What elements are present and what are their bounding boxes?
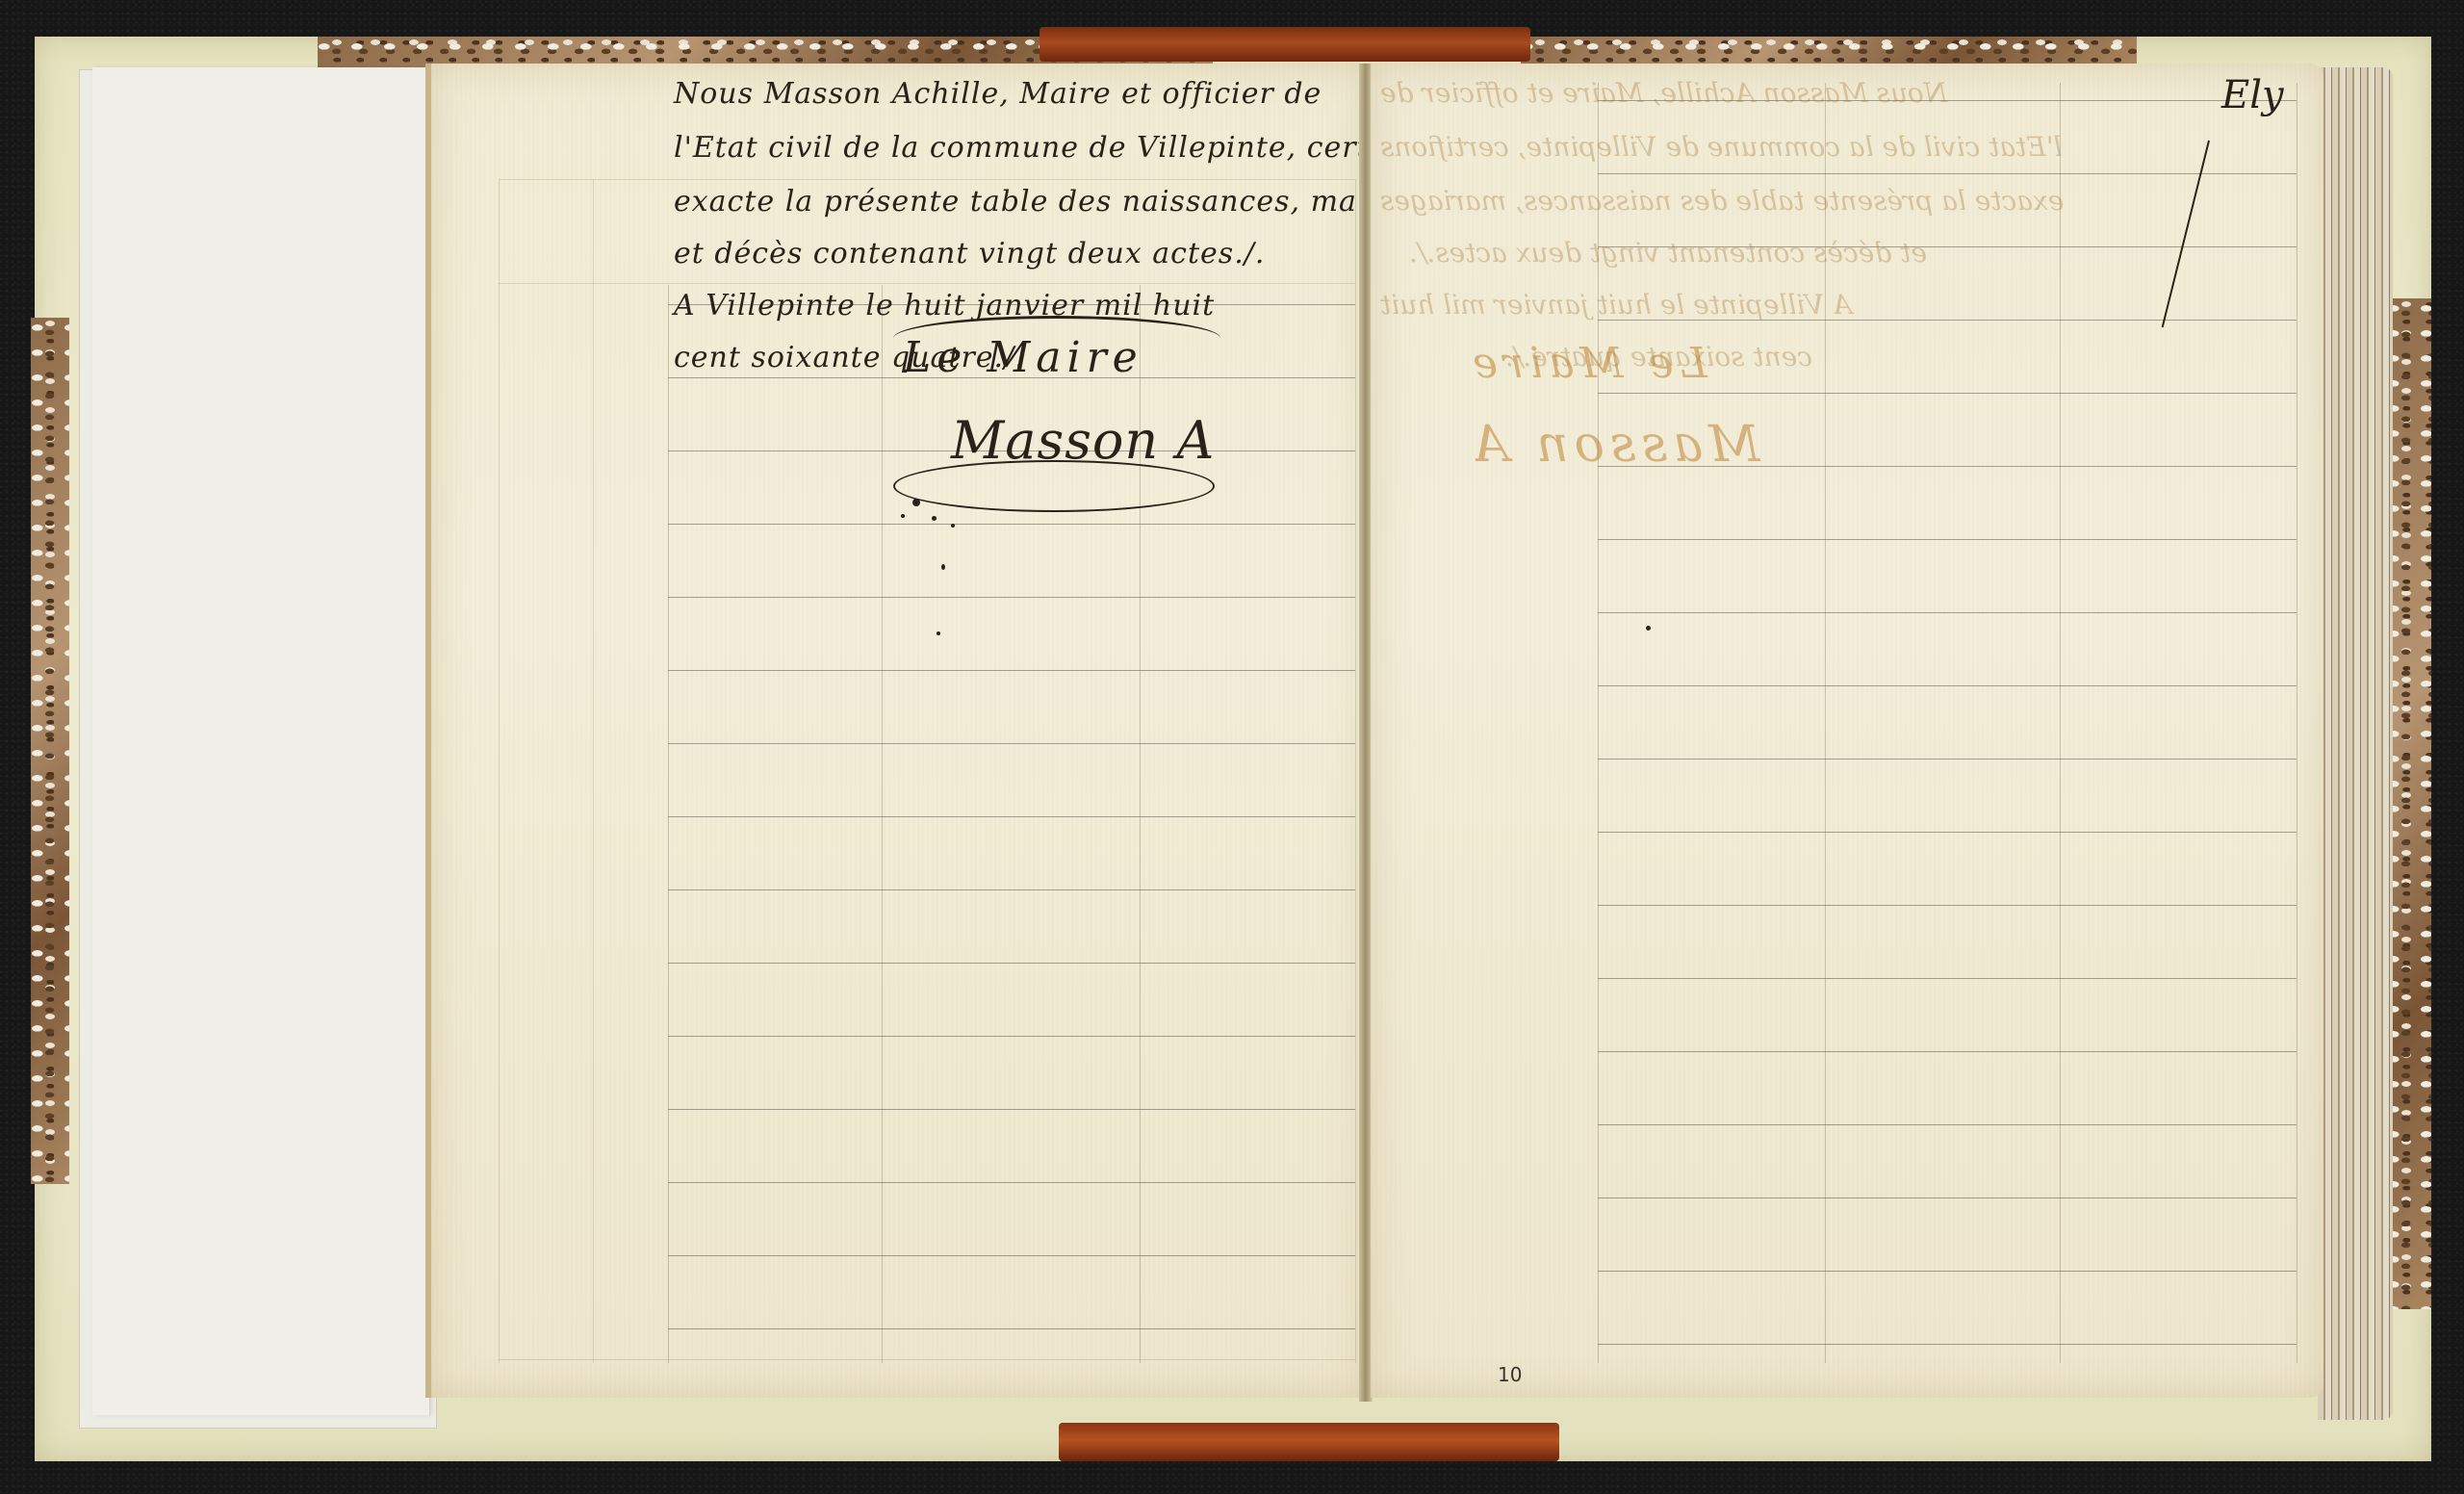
ink-dot [1646, 626, 1651, 631]
marbled-paper-left [31, 318, 69, 1184]
ruled-line [1598, 393, 2297, 394]
ruled-line [1598, 173, 2297, 174]
blank-flyleaf [92, 67, 430, 1415]
ruled-line [1598, 759, 2297, 760]
ruled-line [1598, 832, 2297, 833]
bleed-line-2: l'Etat civil de la commune de Villepinte… [1380, 131, 2062, 163]
marbled-paper-right [2387, 298, 2431, 1309]
ruled-line [668, 816, 1355, 817]
leather-spine-top [1039, 27, 1530, 62]
bleed-line-1: Nous Masson Achille, Maire et officier d… [1380, 77, 1947, 109]
left-page: Nous Masson Achille, Maire et officier d… [425, 64, 1367, 1398]
bleed-line-4: et décès contenant vingt deux actes./. [1409, 237, 1927, 269]
ruled-line [668, 889, 1355, 890]
ruled-line [668, 1036, 1355, 1037]
bleed-line-5: A Villepinte le huit janvier mil huit [1380, 289, 1852, 321]
ruled-line [499, 1359, 1355, 1360]
column-rule [2060, 83, 2061, 1363]
bleed-line-3: exacte la présente table des naissances,… [1380, 185, 2064, 217]
ink-blot [941, 564, 945, 570]
column-rule [2297, 83, 2297, 1363]
ruled-line [1598, 612, 2297, 613]
ruled-line [499, 283, 1355, 284]
ruled-line [1598, 1124, 2297, 1125]
certification-line-2: l'Etat civil de la commune de Villepinte… [674, 131, 1455, 165]
ruled-line [668, 597, 1355, 598]
ink-blot [951, 524, 955, 528]
right-page: Nous Masson Achille, Maire et officier d… [1371, 64, 2323, 1398]
ink-blot [901, 514, 905, 518]
signature-title: Le Maire [903, 333, 1143, 382]
column-rule [593, 179, 594, 1363]
ink-blot [912, 499, 920, 506]
signature-paraph [893, 460, 1215, 512]
ruled-line [1598, 1344, 2297, 1345]
certification-line-1: Nous Masson Achille, Maire et officier d… [674, 77, 1322, 111]
page-block-edges [2318, 67, 2393, 1420]
ruled-line [668, 524, 1355, 525]
ink-blot [932, 516, 937, 521]
ruled-line [1598, 539, 2297, 540]
ruled-line [1598, 905, 2297, 906]
column-rule [882, 285, 883, 1363]
ruled-line [1598, 1198, 2297, 1198]
ruled-line [1598, 1051, 2297, 1052]
column-rule [668, 285, 669, 1363]
ruled-line [1598, 685, 2297, 686]
column-rule [1355, 179, 1356, 1363]
ruled-line [668, 1182, 1355, 1183]
certification-line-4: et décès contenant vingt deux actes./. [674, 237, 1265, 270]
ruled-line [1598, 978, 2297, 979]
ruled-line [668, 743, 1355, 744]
ruled-line [668, 670, 1355, 671]
certification-line-3: exacte la présente table des naissances,… [674, 185, 1453, 219]
ruled-line [668, 1328, 1355, 1329]
ruled-line [1598, 1271, 2297, 1272]
column-rule [499, 179, 500, 1363]
bleed-signature-name: Masson A [1467, 416, 1760, 474]
column-rule [1825, 83, 1826, 1363]
page-number: 10 [1498, 1363, 1522, 1386]
column-rule [1598, 83, 1599, 1363]
ruled-line [499, 179, 1355, 180]
ruled-line [668, 963, 1355, 964]
ink-dot [937, 631, 940, 635]
certification-line-5: A Villepinte le huit janvier mil huit [674, 289, 1215, 322]
margin-mark: Ely [2221, 73, 2284, 117]
margin-stroke [2162, 141, 2210, 328]
ruled-line [668, 1255, 1355, 1256]
leather-spine-bottom [1059, 1423, 1559, 1461]
bleed-signature-title: Le Maire [1467, 339, 1707, 388]
ruled-line [668, 1109, 1355, 1110]
